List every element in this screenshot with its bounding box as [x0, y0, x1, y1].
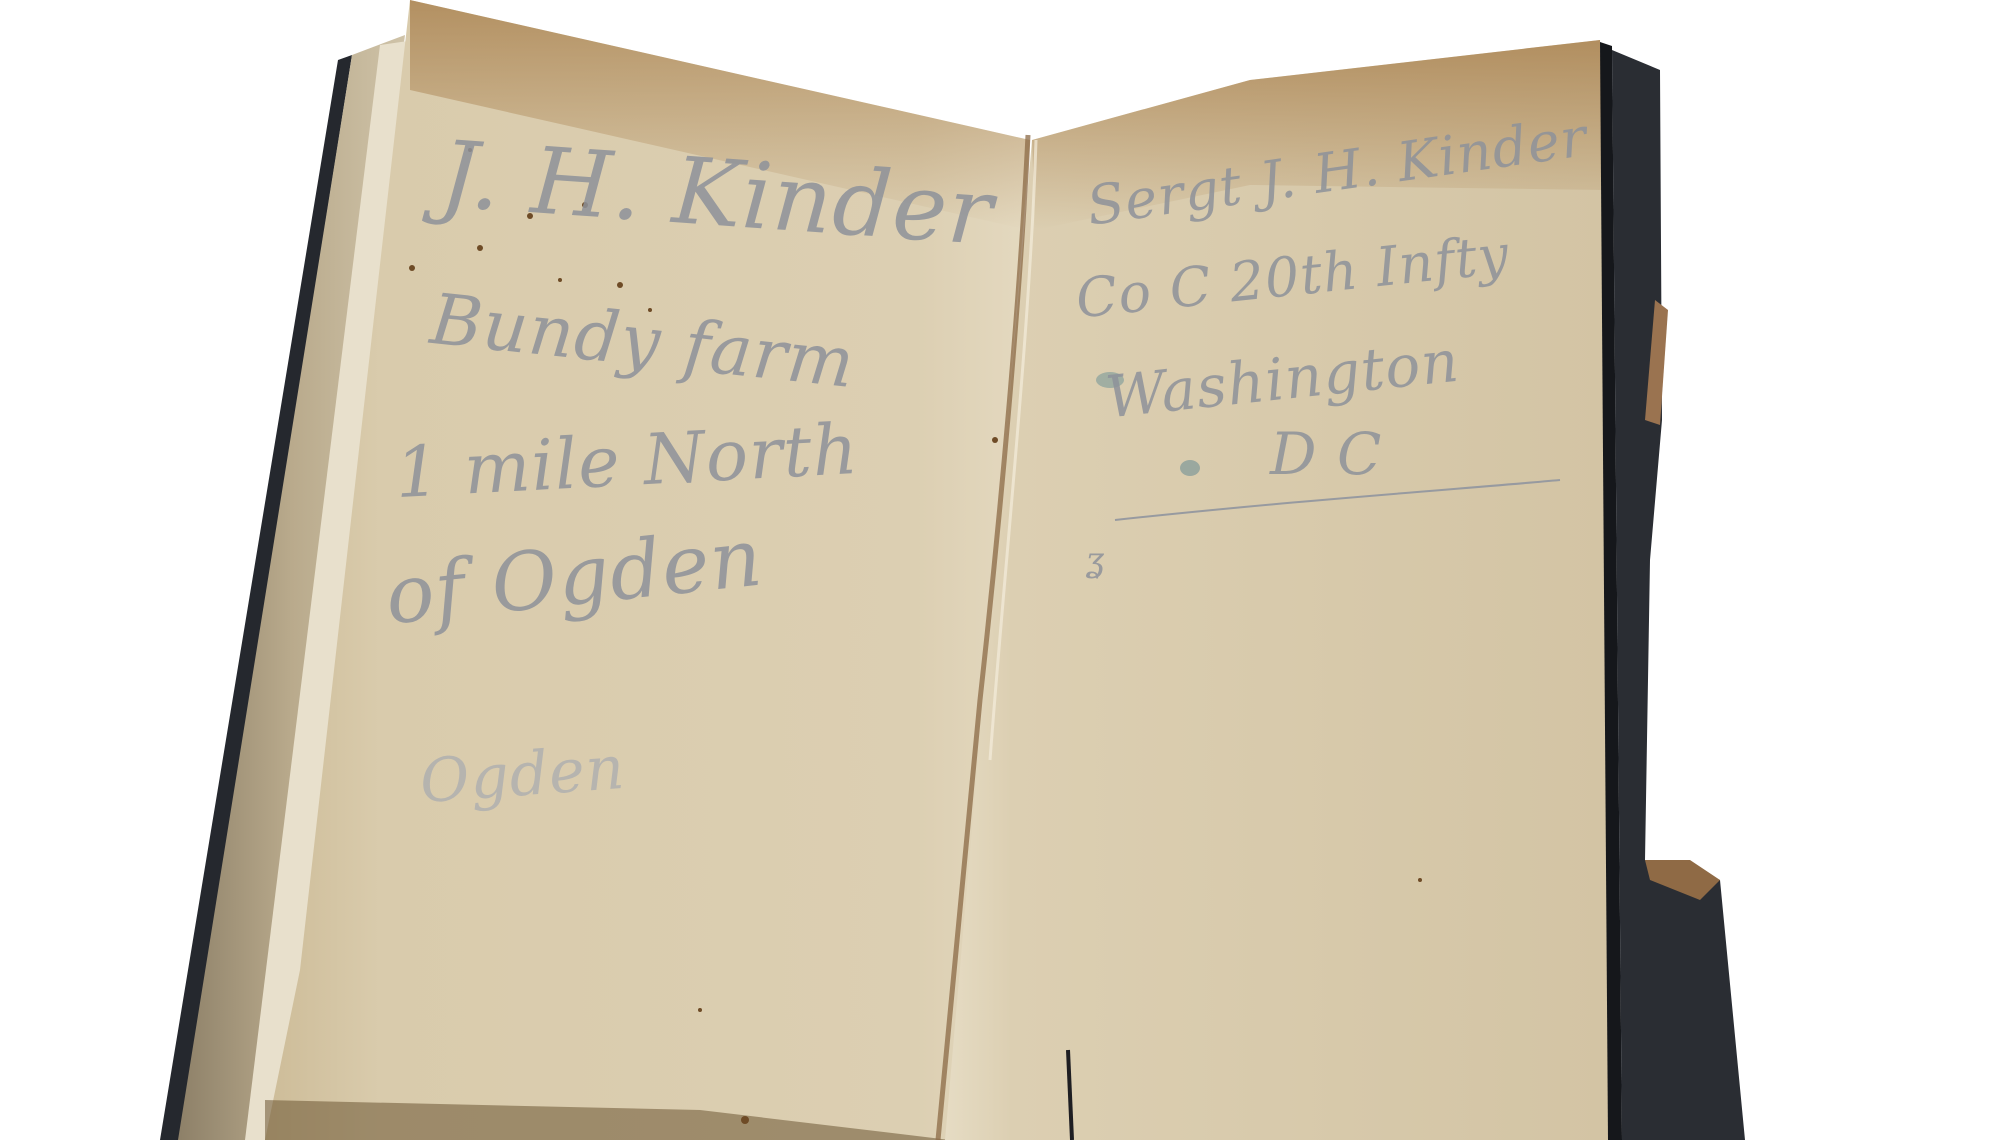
pencil-mark: ʓ	[1085, 540, 1105, 580]
open-book	[0, 0, 2000, 1140]
right-cover	[1612, 50, 1745, 1140]
signature-ogden: Ogden	[418, 733, 628, 817]
photo-scene: J. H. Kinder Bundy farm 1 mile North of …	[0, 0, 2000, 1140]
ink-stain	[1180, 460, 1200, 476]
inscription-dc: D C	[1270, 420, 1382, 488]
